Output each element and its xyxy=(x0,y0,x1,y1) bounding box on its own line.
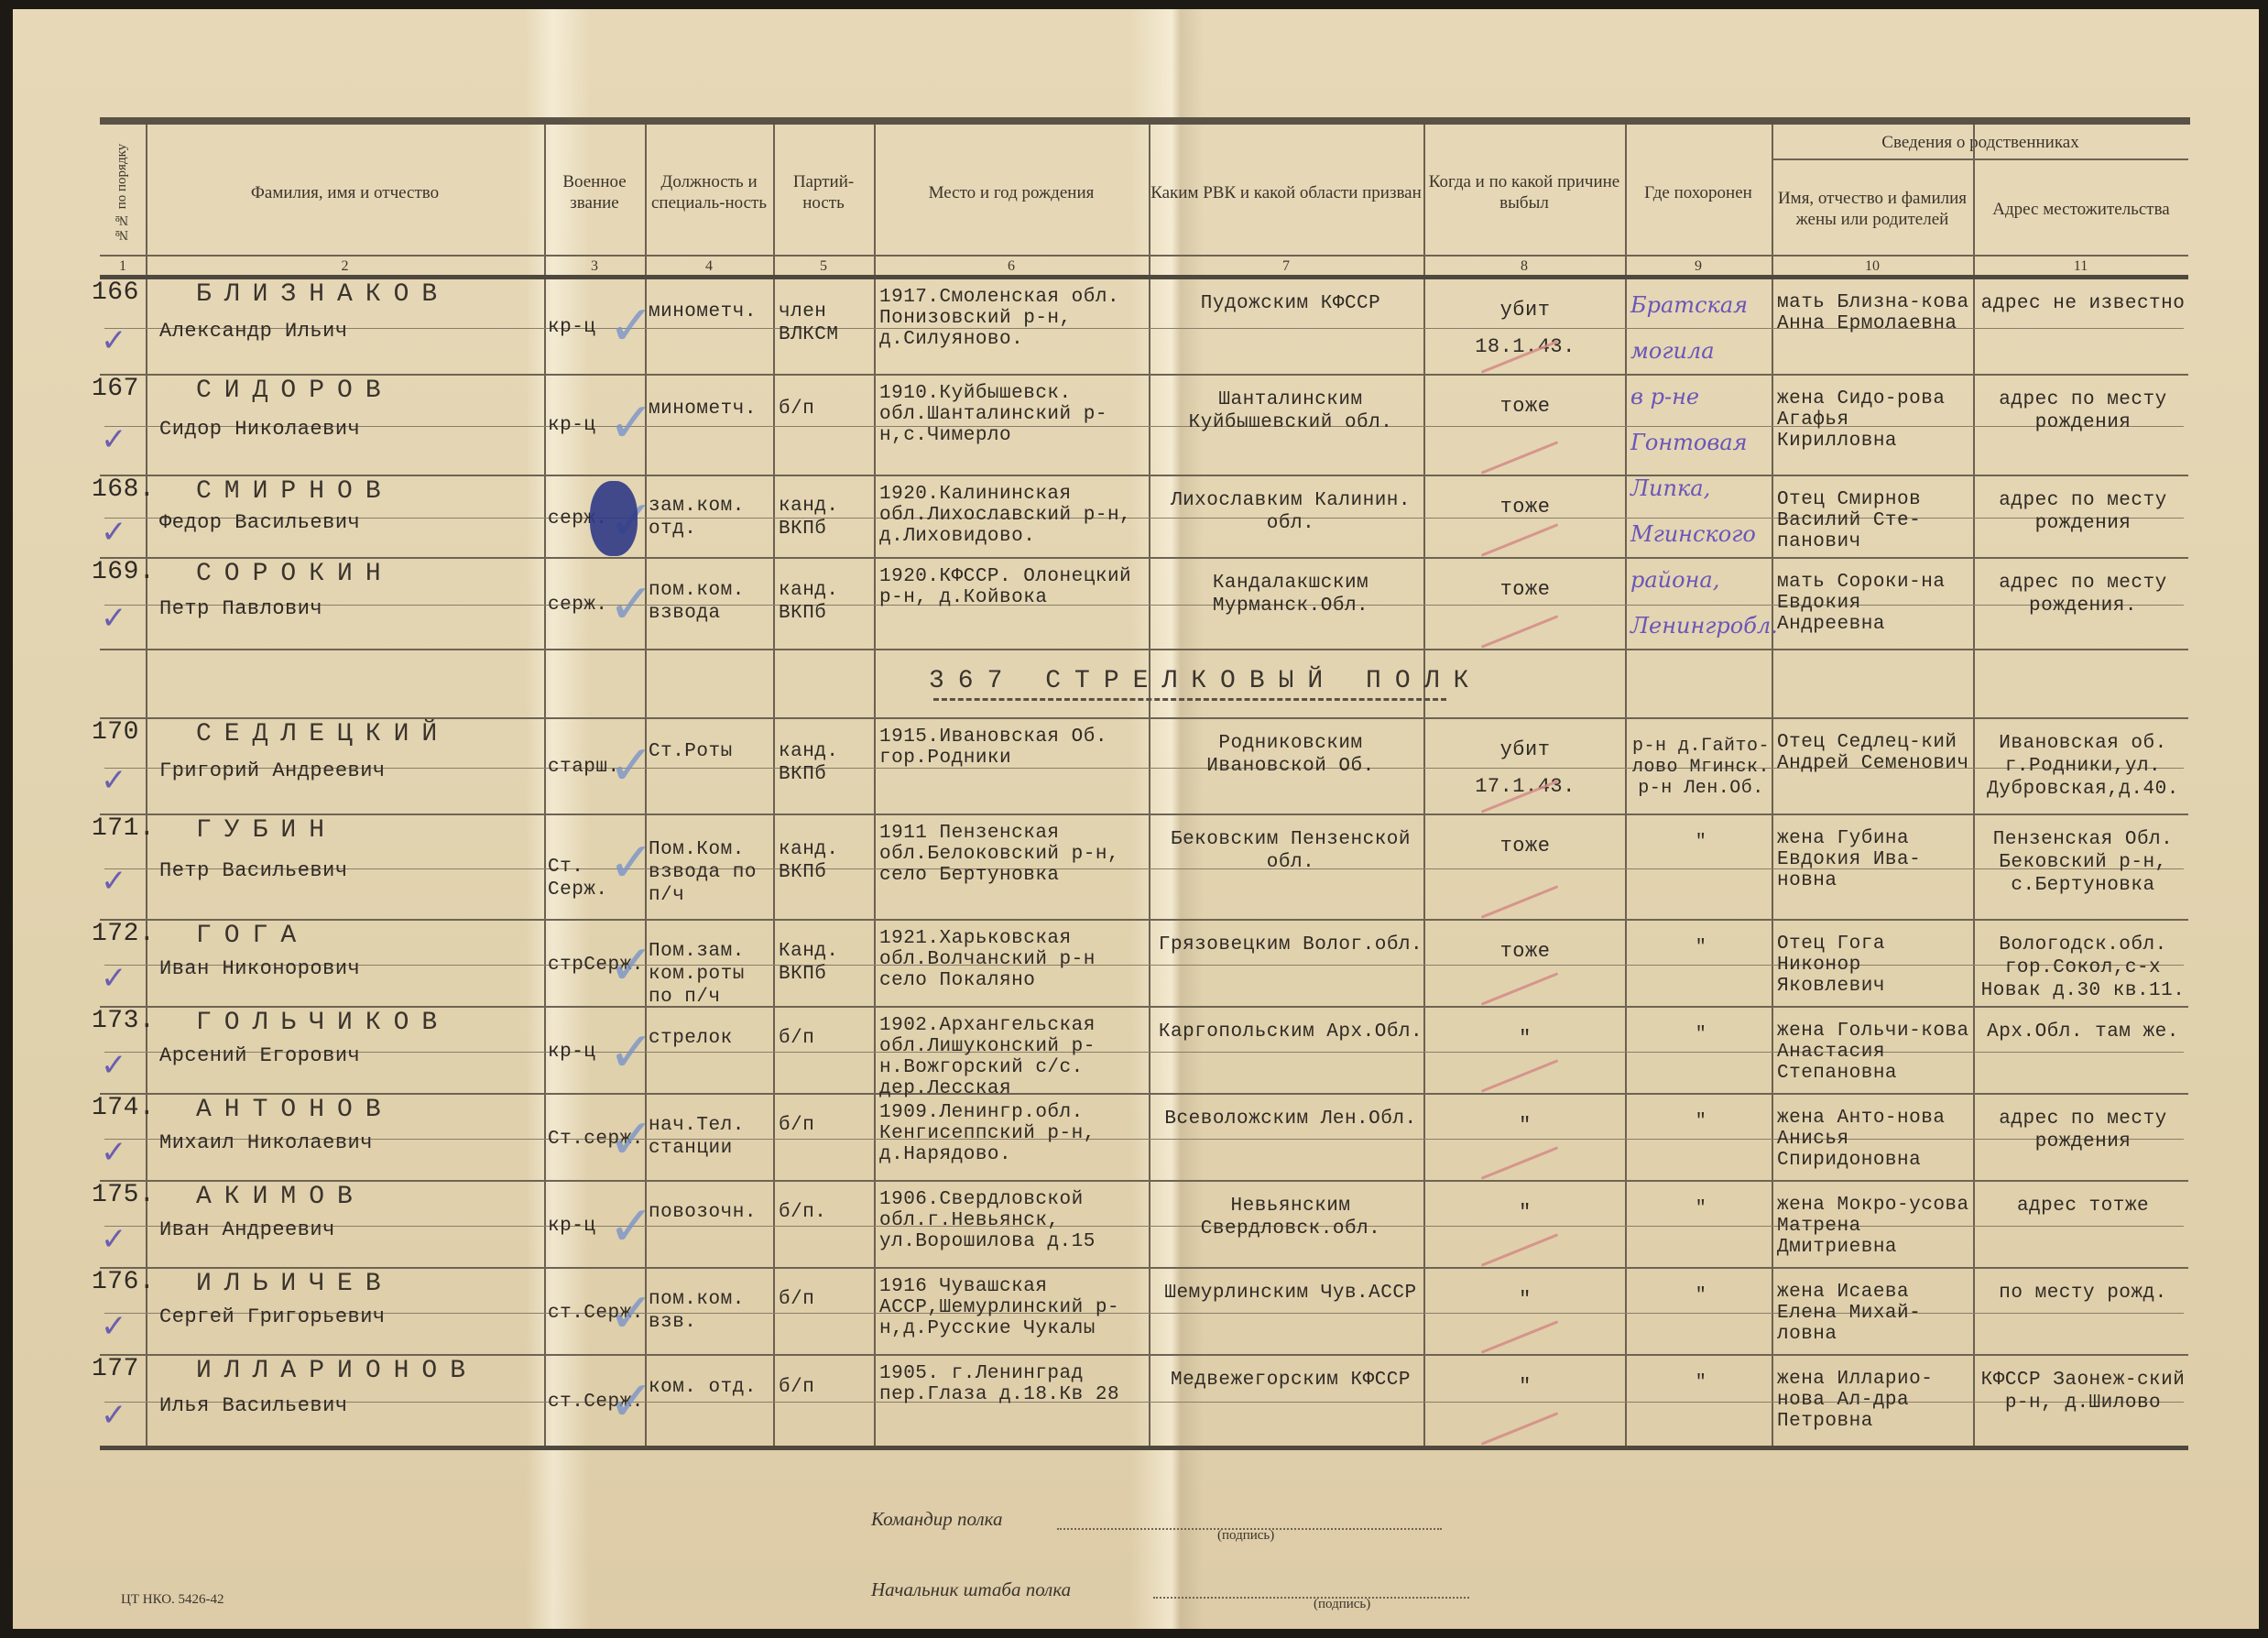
cell-position: Пом.зам. ком.роты по п/ч xyxy=(649,940,773,1009)
cell-address: Вологодск.обл. гор.Сокол,с-х Новак д.30 … xyxy=(1979,934,2187,1002)
cell-buried: " xyxy=(1629,1198,1773,1219)
row-divider xyxy=(100,374,2188,376)
cell-address: адрес по месту рождения xyxy=(1979,489,2187,535)
column-number: 4 xyxy=(645,258,773,275)
column-divider xyxy=(1973,125,1975,1447)
column-number: 6 xyxy=(874,258,1149,275)
header-col3: Военное звание xyxy=(546,128,643,257)
cell-relative: жена Илларио-нова Ал-дра Петровна xyxy=(1777,1369,1971,1432)
row-divider xyxy=(100,1006,2188,1008)
cell-given: Михаил Николаевич xyxy=(159,1131,544,1154)
cell-when: " xyxy=(1428,1108,1622,1144)
red-pencil-mark xyxy=(1481,972,1559,1005)
column-number: 10 xyxy=(1772,258,1973,275)
cell-rvk: Кандалакшским Мурманск.Обл. xyxy=(1158,572,1423,617)
cell-surname: ГОГА xyxy=(196,924,544,947)
cell-given: Сергей Григорьевич xyxy=(159,1305,544,1328)
header-col6: Место и год рождения xyxy=(876,128,1147,257)
blue-pencil-check-icon: ✓ xyxy=(608,391,654,455)
cell-relative: жена Мокро-усова Матрена Дмитриевна xyxy=(1777,1195,1971,1258)
cell-no: 173. xyxy=(92,1010,147,1032)
cell-position: зам.ком. отд. xyxy=(649,495,773,541)
document-sheet: №№ по порядку Фамилия, имя и отчество Во… xyxy=(13,9,2259,1629)
cell-position: Пом.Ком. взвода по п/ч xyxy=(649,838,773,907)
cell-position: минометч. xyxy=(649,398,773,420)
column-divider xyxy=(1625,125,1627,1447)
cell-buried: " xyxy=(1629,832,1773,853)
column-number: 3 xyxy=(544,258,645,275)
cell-party: б/п. xyxy=(779,1201,874,1224)
cell-when: тоже xyxy=(1428,572,1622,608)
red-pencil-mark xyxy=(1481,1233,1559,1266)
cell-no: 175. xyxy=(92,1184,147,1207)
cell-buried: р-н д.Гайто-лово Мгинск. р-н Лен.Об. xyxy=(1629,736,1773,799)
cell-buried: " xyxy=(1629,937,1773,958)
section-heading: 367 СТРЕЛКОВЫЙ ПОЛК xyxy=(929,667,1482,695)
cell-address: Арх.Обл. там же. xyxy=(1979,1021,2187,1043)
cell-no: 176. xyxy=(92,1271,147,1294)
row-divider xyxy=(100,1354,2188,1356)
check-mark-icon: ✓ xyxy=(101,1308,127,1345)
cell-address: адрес по месту рождения xyxy=(1979,388,2187,434)
header-col11: Адрес местожительства xyxy=(1975,161,2187,257)
row-divider xyxy=(100,1267,2188,1269)
cell-buried: " xyxy=(1629,1024,1773,1045)
cell-position: пом.ком. взв. xyxy=(649,1288,773,1334)
cell-birth: 1917.Смоленская обл. Понизовский р-н, д.… xyxy=(879,287,1154,350)
cell-given: Григорий Андреевич xyxy=(159,759,544,782)
cell-no: 166 xyxy=(92,281,147,304)
cell-no: 174. xyxy=(92,1097,147,1119)
handwritten-burial-note: Братская могила в р-не Гонтовая Липка, М… xyxy=(1630,282,1777,649)
cell-party: Канд. ВКПб xyxy=(779,940,874,986)
cell-position: повозочн. xyxy=(649,1201,773,1224)
cell-surname: ИЛЛАРИОНОВ xyxy=(196,1360,544,1382)
cell-rvk: Родниковским Ивановской Об. xyxy=(1158,732,1423,778)
cell-relative: жена Губина Евдокия Ива-новна xyxy=(1777,828,1971,891)
cell-relative: Отец Смирнов Василий Сте-панович xyxy=(1777,489,1971,552)
cell-party: б/п xyxy=(779,1027,874,1050)
header-col8: Когда и по какой причине выбыл xyxy=(1425,128,1623,257)
column-number: 9 xyxy=(1625,258,1772,275)
commander-label: Командир полка xyxy=(871,1508,1002,1531)
cell-given: Петр Васильевич xyxy=(159,859,544,882)
cell-address: адрес по месту рождения. xyxy=(1979,572,2187,617)
blue-pencil-check-icon: ✓ xyxy=(608,934,654,998)
cell-rvk: Пудожским КФССР xyxy=(1158,292,1423,315)
cell-given: Илья Васильевич xyxy=(159,1394,544,1417)
row-divider xyxy=(100,919,2188,921)
cell-rvk: Грязовецким Волог.обл. xyxy=(1158,934,1423,956)
column-divider xyxy=(874,125,876,1447)
cell-position: ком. отд. xyxy=(649,1376,773,1399)
header-col1: №№ по порядку xyxy=(100,128,144,257)
chief-of-staff-signature-hint: (подпись) xyxy=(1314,1597,1370,1612)
cell-when: тоже xyxy=(1428,934,1622,970)
red-pencil-mark xyxy=(1481,885,1559,918)
blue-pencil-check-icon: ✓ xyxy=(608,1195,654,1259)
cell-rvk: Бековским Пензенской обл. xyxy=(1158,828,1423,874)
cell-birth: 1921.Харьковская обл.Волчанский р-н село… xyxy=(879,928,1154,991)
cell-surname: СИДОРОВ xyxy=(196,379,544,402)
top-rule xyxy=(100,117,2190,125)
cell-relative: жена Гольчи-кова Анастасия Степановна xyxy=(1777,1021,1971,1084)
header-col10: Имя, отчество и фамилия жены или родител… xyxy=(1773,161,1971,257)
cell-relative: жена Анто-нова Анисья Спиридоновна xyxy=(1777,1108,1971,1171)
cell-when: " xyxy=(1428,1195,1622,1231)
row-divider xyxy=(100,717,2188,719)
cell-party: канд. ВКПб xyxy=(779,579,874,625)
red-pencil-mark xyxy=(1481,523,1559,556)
cell-position: нач.Тел. станции xyxy=(649,1114,773,1160)
red-pencil-mark xyxy=(1481,1412,1559,1445)
column-divider xyxy=(773,125,775,1447)
cell-rvk: Шанталинским Куйбышевский обл. xyxy=(1158,388,1423,434)
cell-birth: 1905. г.Ленинград пер.Глаза д.18.Кв 28 xyxy=(879,1363,1154,1405)
cell-buried: " xyxy=(1629,1111,1773,1132)
header-col9: Где похоронен xyxy=(1627,128,1770,257)
cell-birth: 1902.Архангельская обл.Лишуконский р-н.В… xyxy=(879,1015,1154,1099)
cell-buried: " xyxy=(1629,1372,1773,1393)
cell-no: 177 xyxy=(92,1358,147,1381)
check-mark-icon: ✓ xyxy=(101,1047,127,1084)
cell-party: канд. ВКПб xyxy=(779,495,874,541)
section-underline xyxy=(933,698,1446,701)
cell-given: Александр Ильич xyxy=(159,320,544,343)
header-col2: Фамилия, имя и отчество xyxy=(146,128,544,257)
row-divider xyxy=(100,649,2188,650)
cell-birth: 1920.КФССР. Олонецкий р-н, д.Койвока xyxy=(879,566,1154,608)
cell-address: по месту рожд. xyxy=(1979,1282,2187,1305)
blue-pencil-check-icon: ✓ xyxy=(608,573,654,637)
row-divider xyxy=(100,275,2188,279)
check-mark-icon: ✓ xyxy=(101,1134,127,1171)
column-number: 7 xyxy=(1149,258,1423,275)
check-mark-icon: ✓ xyxy=(101,421,127,458)
column-number: 1 xyxy=(100,258,146,275)
column-divider xyxy=(146,125,147,1447)
cell-birth: 1906.Свердловской обл.г.Невьянск, ул.Вор… xyxy=(879,1189,1154,1252)
cell-given: Федор Васильевич xyxy=(159,511,544,534)
blue-pencil-check-icon: ✓ xyxy=(608,1282,654,1346)
row-divider xyxy=(100,557,2188,559)
check-mark-icon: ✓ xyxy=(101,960,127,997)
cell-address: адрес тотже xyxy=(1979,1195,2187,1218)
cell-rvk: Шемурлинским Чув.АССР xyxy=(1158,1282,1423,1305)
cell-no: 168. xyxy=(92,478,147,501)
red-pencil-mark xyxy=(1481,1146,1559,1179)
row-divider xyxy=(100,814,2188,815)
column-number: 11 xyxy=(1973,258,2188,275)
cell-relative: Отец Гога Никонор Яковлевич xyxy=(1777,934,1971,997)
cell-position: Ст.Роты xyxy=(649,740,773,763)
cell-rvk: Всеволожским Лен.Обл. xyxy=(1158,1108,1423,1130)
cell-birth: 1915.Ивановская Об. гор.Родники xyxy=(879,726,1154,769)
ink-blot xyxy=(590,481,638,556)
cell-given: Иван Андреевич xyxy=(159,1218,544,1241)
check-mark-icon: ✓ xyxy=(101,863,127,900)
cell-surname: БЛИЗНАКОВ xyxy=(196,283,544,306)
chief-of-staff-signature-line xyxy=(1153,1597,1469,1599)
check-mark-icon: ✓ xyxy=(101,322,127,359)
header-col4: Должность и специаль-ность xyxy=(647,128,771,257)
header-col7: Каким РВК и какой области призван xyxy=(1150,128,1422,257)
cell-birth: 1911 Пензенская обл.Белоковский р-н, сел… xyxy=(879,823,1154,886)
cell-position: пом.ком. взвода xyxy=(649,579,773,625)
commander-signature-hint: (подпись) xyxy=(1217,1528,1274,1544)
cell-birth: 1909.Ленингр.обл. Кенгисеппский р-н, д.Н… xyxy=(879,1102,1154,1165)
red-pencil-mark xyxy=(1481,1320,1559,1353)
cell-given: Иван Никонорович xyxy=(159,957,544,980)
cell-surname: ГУБИН xyxy=(196,819,544,842)
cell-party: б/п xyxy=(779,1288,874,1311)
cell-address: КФССР Заонеж-ский р-н, д.Шилово xyxy=(1979,1369,2187,1414)
cell-relative: жена Сидо-рова Агафья Кирилловна xyxy=(1777,388,1971,452)
column-number: 2 xyxy=(146,258,544,275)
cell-relative: жена Исаева Елена Михай-ловна xyxy=(1777,1282,1971,1345)
row-divider xyxy=(100,1180,2188,1182)
row-divider xyxy=(100,1446,2188,1450)
cell-when: " xyxy=(1428,1369,1622,1405)
cell-address: Ивановская об. г.Родники,ул. Дубровская,… xyxy=(1979,732,2187,801)
cell-address: адрес не известно xyxy=(1979,292,2187,315)
column-divider xyxy=(1423,125,1425,1447)
blue-pencil-check-icon: ✓ xyxy=(608,831,654,895)
row-divider xyxy=(100,475,2188,476)
cell-position: стрелок xyxy=(649,1027,773,1050)
cell-relative: мать Близна-кова Анна Ермолаевна xyxy=(1777,292,1971,334)
row-divider xyxy=(1772,158,2188,160)
cell-surname: ГОЛЬЧИКОВ xyxy=(196,1011,544,1034)
cell-party: канд. ВКПб xyxy=(779,838,874,884)
column-number: 8 xyxy=(1423,258,1625,275)
cell-rvk: Медвежегорским КФССР xyxy=(1158,1369,1423,1392)
cell-no: 170 xyxy=(92,721,147,744)
cell-given: Сидор Николаевич xyxy=(159,418,544,441)
cell-surname: АНТОНОВ xyxy=(196,1098,544,1121)
blue-pencil-check-icon: ✓ xyxy=(608,294,654,358)
form-code: ЦТ НКО. 5426-42 xyxy=(121,1592,224,1608)
blue-pencil-check-icon: ✓ xyxy=(608,734,654,798)
cell-when: тоже xyxy=(1428,828,1622,865)
cell-surname: СЕДЛЕЦКИЙ xyxy=(196,723,544,746)
cell-rvk: Лихославким Калинин. обл. xyxy=(1158,489,1423,535)
cell-no: 172. xyxy=(92,923,147,945)
header-relatives-group: Сведения о родственниках xyxy=(1773,126,2187,158)
cell-party: б/п xyxy=(779,1376,874,1399)
cell-given: Арсений Егорович xyxy=(159,1044,544,1067)
cell-party: б/п xyxy=(779,1114,874,1137)
cell-birth: 1920.Калининская обл.Лихославский р-н, д… xyxy=(879,484,1154,547)
cell-when: " xyxy=(1428,1021,1622,1057)
cell-birth: 1910.Куйбышевск. обл.Шанталинский р-н,с.… xyxy=(879,383,1154,446)
cell-party: член ВЛКСМ xyxy=(779,300,874,346)
check-mark-icon: ✓ xyxy=(101,514,127,551)
cell-surname: СМИРНОВ xyxy=(196,480,544,503)
check-mark-icon: ✓ xyxy=(101,762,127,799)
column-divider xyxy=(544,125,546,1447)
cell-rvk: Каргопольским Арх.Обл. xyxy=(1158,1021,1423,1043)
cell-surname: СОРОКИН xyxy=(196,562,544,585)
cell-no: 167 xyxy=(92,377,147,400)
cell-no: 169. xyxy=(92,561,147,584)
check-mark-icon: ✓ xyxy=(101,1221,127,1258)
column-number: 5 xyxy=(773,258,874,275)
blue-pencil-check-icon: ✓ xyxy=(608,1370,654,1434)
cell-buried: " xyxy=(1629,1285,1773,1306)
cell-when: тоже xyxy=(1428,388,1622,425)
red-pencil-mark xyxy=(1481,1059,1559,1092)
cell-given: Петр Павлович xyxy=(159,597,544,620)
cell-surname: АКИМОВ xyxy=(196,1185,544,1208)
cell-surname: ИЛЬИЧЕВ xyxy=(196,1272,544,1295)
cell-address: адрес по месту рождения xyxy=(1979,1108,2187,1153)
cell-address: Пензенская Обл. Бековский р-н, с.Бертуно… xyxy=(1979,828,2187,897)
cell-party: канд. ВКПб xyxy=(779,740,874,786)
blue-pencil-check-icon: ✓ xyxy=(608,1021,654,1085)
cell-no: 171. xyxy=(92,817,147,840)
blue-pencil-check-icon: ✓ xyxy=(608,1108,654,1172)
cell-birth: 1916 Чувашская АССР,Шемурлинский р-н,д.Р… xyxy=(879,1276,1154,1339)
check-mark-icon: ✓ xyxy=(101,600,127,637)
cell-rvk: Невьянским Свердловск.обл. xyxy=(1158,1195,1423,1240)
row-divider xyxy=(100,255,2188,257)
cell-party: б/п xyxy=(779,398,874,420)
cell-when: тоже xyxy=(1428,489,1622,526)
red-pencil-mark xyxy=(1481,615,1559,648)
check-mark-icon: ✓ xyxy=(101,1397,127,1434)
cell-relative: Отец Седлец-кий Андрей Семенович xyxy=(1777,732,1971,774)
cell-position: минометч. xyxy=(649,300,773,323)
cell-relative: мать Сороки-на Евдокия Андреевна xyxy=(1777,572,1971,635)
chief-of-staff-label: Начальник штаба полка xyxy=(871,1578,1071,1601)
header-col5: Партий-ность xyxy=(775,128,872,257)
cell-when: " xyxy=(1428,1282,1622,1318)
red-pencil-mark xyxy=(1481,441,1559,474)
